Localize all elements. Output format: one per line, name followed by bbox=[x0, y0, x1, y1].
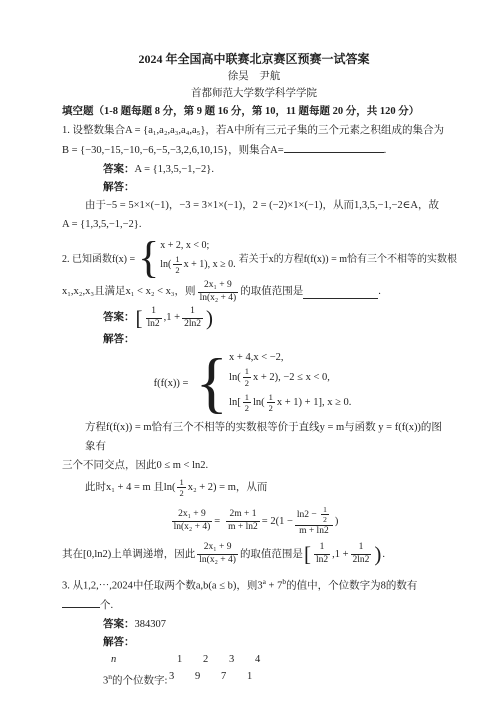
fraction-one-half: 12 bbox=[243, 392, 251, 414]
problem2-statement-row: 2. 已知函数f(x) = { x + 2, x < 0; ln(12x + 1… bbox=[62, 239, 446, 276]
units-digit-table: n 1 2 3 4 3n的个位数字: 3 9 7 1 bbox=[62, 651, 446, 690]
problem3-statement: 3. 从1,2,⋯,2024中任取两个数a,b(a ≤ b)，则3a + 7b的… bbox=[62, 572, 446, 616]
problem1-solution-label: 解答： bbox=[62, 179, 446, 196]
answer-label: 答案： bbox=[103, 164, 135, 175]
problem3-answer-value: 384307 bbox=[135, 619, 167, 630]
problem2-statement-pre: 2. 已知函数f(x) = bbox=[62, 250, 135, 265]
fraction-one-half: 12 bbox=[267, 392, 275, 414]
equation-ffx-piecewise: f(f(x)) = { x + 4,x < −2, ln(12x + 2), −… bbox=[62, 352, 446, 414]
fraction-1-over-ln2: 1ln2 bbox=[146, 306, 162, 331]
left-brace: { bbox=[195, 354, 228, 412]
fraction-1-over-2ln2: 12ln2 bbox=[182, 306, 203, 331]
left-brace: { bbox=[138, 239, 159, 276]
left-bracket: [ bbox=[136, 308, 143, 329]
table-header-row: n 1 2 3 4 bbox=[103, 651, 446, 668]
problem1-answer-line: 答案：A = {1,3,5,−1,−2}. bbox=[62, 160, 446, 179]
fx-case2: ln(12x + 1), x ≥ 0. bbox=[160, 254, 235, 276]
problem1-answer-value: A = {1,3,5,−1,−2}. bbox=[135, 164, 214, 175]
table-value-row: 3n的个位数字: 3 9 7 1 bbox=[103, 668, 446, 690]
fraction-2x1-9-over-ln: 2x₁ + 9ln(x₂ + 4) bbox=[172, 509, 213, 534]
fraction-one-half: 12 bbox=[321, 505, 329, 525]
table-value-1: 3 bbox=[169, 668, 195, 690]
problem3-answer-line: 答案：384307 bbox=[62, 615, 446, 634]
problem3-solution-label: 解答： bbox=[62, 634, 446, 651]
table-header-n: n bbox=[103, 651, 177, 668]
problem1-solution-line2: A = {1,3,5,−1,−2}. bbox=[62, 215, 446, 234]
problem1-statement-line2: B = {−30,−15,−10,−6,−5,−3,2,6,10,15}，则集合… bbox=[62, 140, 446, 160]
problem3-answer-blank bbox=[62, 595, 100, 608]
problem1-statement-line1: 1. 设整数集合A = {a₁,a₂,a₃,a₄,a₅}，若A中所有三元子集的三… bbox=[62, 121, 446, 140]
problem1-solution-line1: 由于−5 = 5×1×(−1)，−3 = 3×1×(−1)，2 = (−2)×1… bbox=[62, 196, 446, 215]
exponent-a: a bbox=[263, 577, 266, 586]
ffx-case3: ln[12ln(12x + 1) + 1], x ≥ 0. bbox=[229, 392, 351, 414]
problem2-answer-blank bbox=[303, 286, 378, 299]
ffx-case2: ln(12x + 2), −2 ≤ x < 0, bbox=[229, 366, 330, 388]
table-value-4: 1 bbox=[247, 668, 273, 690]
problem2-solution-par3: 此时x₁ + 4 = m 且ln( 12 x₂ + 2) = m，从而 bbox=[62, 475, 446, 501]
equation-chain: 2x₁ + 9ln(x₂ + 4) = 2m + 1m + ln2 = 2(1 … bbox=[62, 505, 446, 538]
table-value-2: 9 bbox=[195, 668, 221, 690]
authors: 徐昊 尹航 bbox=[62, 68, 446, 85]
table-header-2: 2 bbox=[203, 651, 229, 668]
left-bracket: [ bbox=[304, 544, 311, 565]
problem2-answer-line: 答案： [ 1ln2 ,1 + 12ln2 ) bbox=[62, 305, 446, 331]
problem2-solution-par1: 方程f(f(x)) = m恰有三个不相等的实数根等价于直线y = m与函数 y … bbox=[62, 418, 446, 456]
right-paren: ) bbox=[206, 308, 213, 329]
fraction-one-half: 12 bbox=[173, 254, 181, 276]
table-row-label: 3n的个位数字: bbox=[103, 668, 169, 690]
fraction-1-over-2ln2: 12ln2 bbox=[351, 542, 372, 567]
right-paren: ) bbox=[374, 544, 381, 565]
fx-case1: x + 2, x < 0; bbox=[160, 240, 209, 251]
document-page: 2024 年全国高中联赛北京赛区预赛一试答案 徐昊 尹航 首都师范大学数学科学学… bbox=[0, 0, 500, 707]
fraction-one-half: 12 bbox=[177, 477, 185, 499]
table-header-3: 3 bbox=[229, 651, 255, 668]
fraction-1-over-ln2: 1ln2 bbox=[314, 542, 330, 567]
problem2-statement-post: 若关于x的方程f(f(x)) = m恰有三个不相等的实数根 bbox=[239, 250, 457, 265]
problem2-solution-par4: 其在[0,ln2)上单调递增，因此 2x₁ + 9ln(x₂ + 4) 的取值范… bbox=[62, 542, 446, 568]
problem1-answer-blank bbox=[284, 140, 384, 153]
fraction-2x1-9-over-ln: 2x₁ + 9ln(x₂ + 4) bbox=[197, 542, 238, 567]
fraction-2x1-9-over-ln: 2x₁ + 9ln(x₂ + 4) bbox=[198, 280, 239, 305]
table-header-1: 1 bbox=[177, 651, 203, 668]
problem2-solution-label: 解答： bbox=[62, 331, 446, 348]
answer-label: 答案： bbox=[103, 619, 135, 630]
table-value-3: 7 bbox=[221, 668, 247, 690]
fraction-2m1-over-mln2: 2m + 1m + ln2 bbox=[226, 509, 260, 534]
ffx-lhs: f(f(x)) = bbox=[154, 378, 189, 389]
document-title: 2024 年全国高中联赛北京赛区预赛一试答案 bbox=[62, 50, 446, 68]
problem2-solution-par2: 三个不同交点，因此0 ≤ m < ln2. bbox=[62, 456, 446, 475]
piecewise-fx: { x + 2, x < 0; ln(12x + 1), x ≥ 0. bbox=[138, 239, 235, 276]
answer-label: 答案： bbox=[103, 305, 135, 331]
fraction-one-half: 12 bbox=[243, 366, 251, 388]
problem2-statement-line2: x₁,x₂,x₃且满足x₁ < x₂ < x₃，则 2x₁ + 9ln(x₂ +… bbox=[62, 279, 446, 305]
problem1-statement-line2-text: B = {−30,−15,−10,−6,−5,−3,2,6,10,15}，则集合… bbox=[62, 145, 284, 156]
ffx-case1: x + 4,x < −2, bbox=[229, 352, 284, 363]
problem1-statement-period: . bbox=[384, 145, 387, 156]
fraction-ln2-minus-half: ln2 − 12m + ln2 bbox=[295, 505, 333, 538]
section-header: 填空题（1-8 题每题 8 分，第 9 题 16 分，第 10，11 题每题 2… bbox=[62, 102, 446, 121]
table-header-4: 4 bbox=[255, 651, 281, 668]
affiliation: 首都师范大学数学科学学院 bbox=[62, 85, 446, 102]
